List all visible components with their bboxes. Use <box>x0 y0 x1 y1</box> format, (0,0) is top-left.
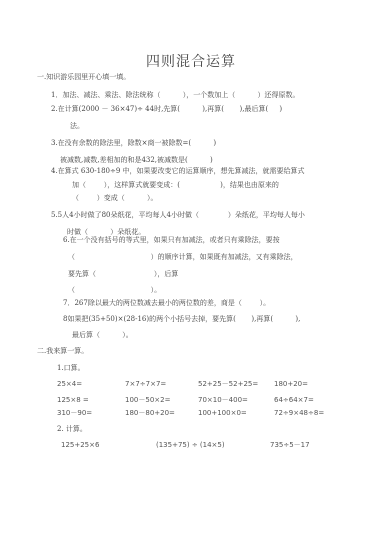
oral-item: 25×4= <box>57 380 82 389</box>
written-item: 735÷5－17 <box>270 441 310 450</box>
page-title: 四则混合运算 <box>0 51 382 71</box>
question-4-cont2: （ ）变成（ ）。 <box>72 194 158 203</box>
oral-item: 310－90= <box>57 409 92 418</box>
oral-item: 125×8 = <box>57 396 89 405</box>
question-7: 7．267除以最大的两位数减去最小的两位数的差，商是（ ）。 <box>63 299 270 308</box>
written-item: (135+75) ÷ (14×5) <box>156 441 225 450</box>
question-6-cont2: 要先算（ ），后算 <box>68 270 178 279</box>
section1-heading: 一.知识游乐园里开心填一填。 <box>37 73 130 82</box>
written-calc-heading: 2. 计算。 <box>57 425 87 434</box>
oral-item: 72÷9×48÷8= <box>274 409 324 418</box>
question-8: 8如果把(35+50)×(28-16)的两个小括号去掉，要先算( ),再算( )… <box>63 315 300 324</box>
question-8-cont: 最后算（ ）。 <box>72 331 133 340</box>
question-1: 1．加法、减法、乘法、除法统称（ ），一个数加上（ ）还得原数。 <box>51 91 299 100</box>
oral-item: 180－80+20= <box>125 409 175 418</box>
oral-item: 64÷64×7= <box>274 396 314 405</box>
oral-item: 70×10－400= <box>198 396 248 405</box>
question-4: 4.在算式 630-180÷9 中，如果要改变它的运算顺序，想先算减法，就需要给… <box>51 167 305 176</box>
question-5: 5.5人4小时做了80朵纸花，平均每人4小时做（ ）朵纸花，平均每人每小 <box>51 211 305 220</box>
question-6-cont1: （ ）的顺序计算，如果既有加减法，又有乘除法， <box>68 253 298 262</box>
oral-item: 52+25－52+25= <box>198 380 258 389</box>
question-6: 6.在一个没有括号的等式里，如果只有加减法，或者只有乘除法，要按 <box>63 236 280 245</box>
question-3: 3.在没有余数的除法里，除数×商一被除数=( ) <box>51 139 216 148</box>
question-2-cont: 法。 <box>70 122 84 131</box>
worksheet-page: 四则混合运算 一.知识游乐园里开心填一填。 1．加法、减法、乘法、除法统称（ ）… <box>0 0 382 540</box>
written-item: 125+25×6 <box>61 441 99 450</box>
oral-item: 100+100×0= <box>198 409 247 418</box>
question-4-cont1: 加（ ），这样算式就要变成：( )，结果也由原来的 <box>72 181 279 190</box>
oral-item: 100－50×2= <box>125 396 170 405</box>
oral-calc-heading: 1.口算。 <box>57 364 85 373</box>
oral-item: 180+20= <box>274 380 308 389</box>
oral-item: 7×7÷7×7= <box>125 380 166 389</box>
question-2: 2.在计算(2000 － 36×47)÷ 44时,先算( ),再算( ),最后算… <box>51 105 282 114</box>
question-6-cont3: （ ）。 <box>68 286 161 295</box>
section2-heading: 二.我来算一算。 <box>37 347 88 356</box>
question-3b: 被减数,减数,差相加的和是432,被减数是( ) <box>60 156 213 165</box>
